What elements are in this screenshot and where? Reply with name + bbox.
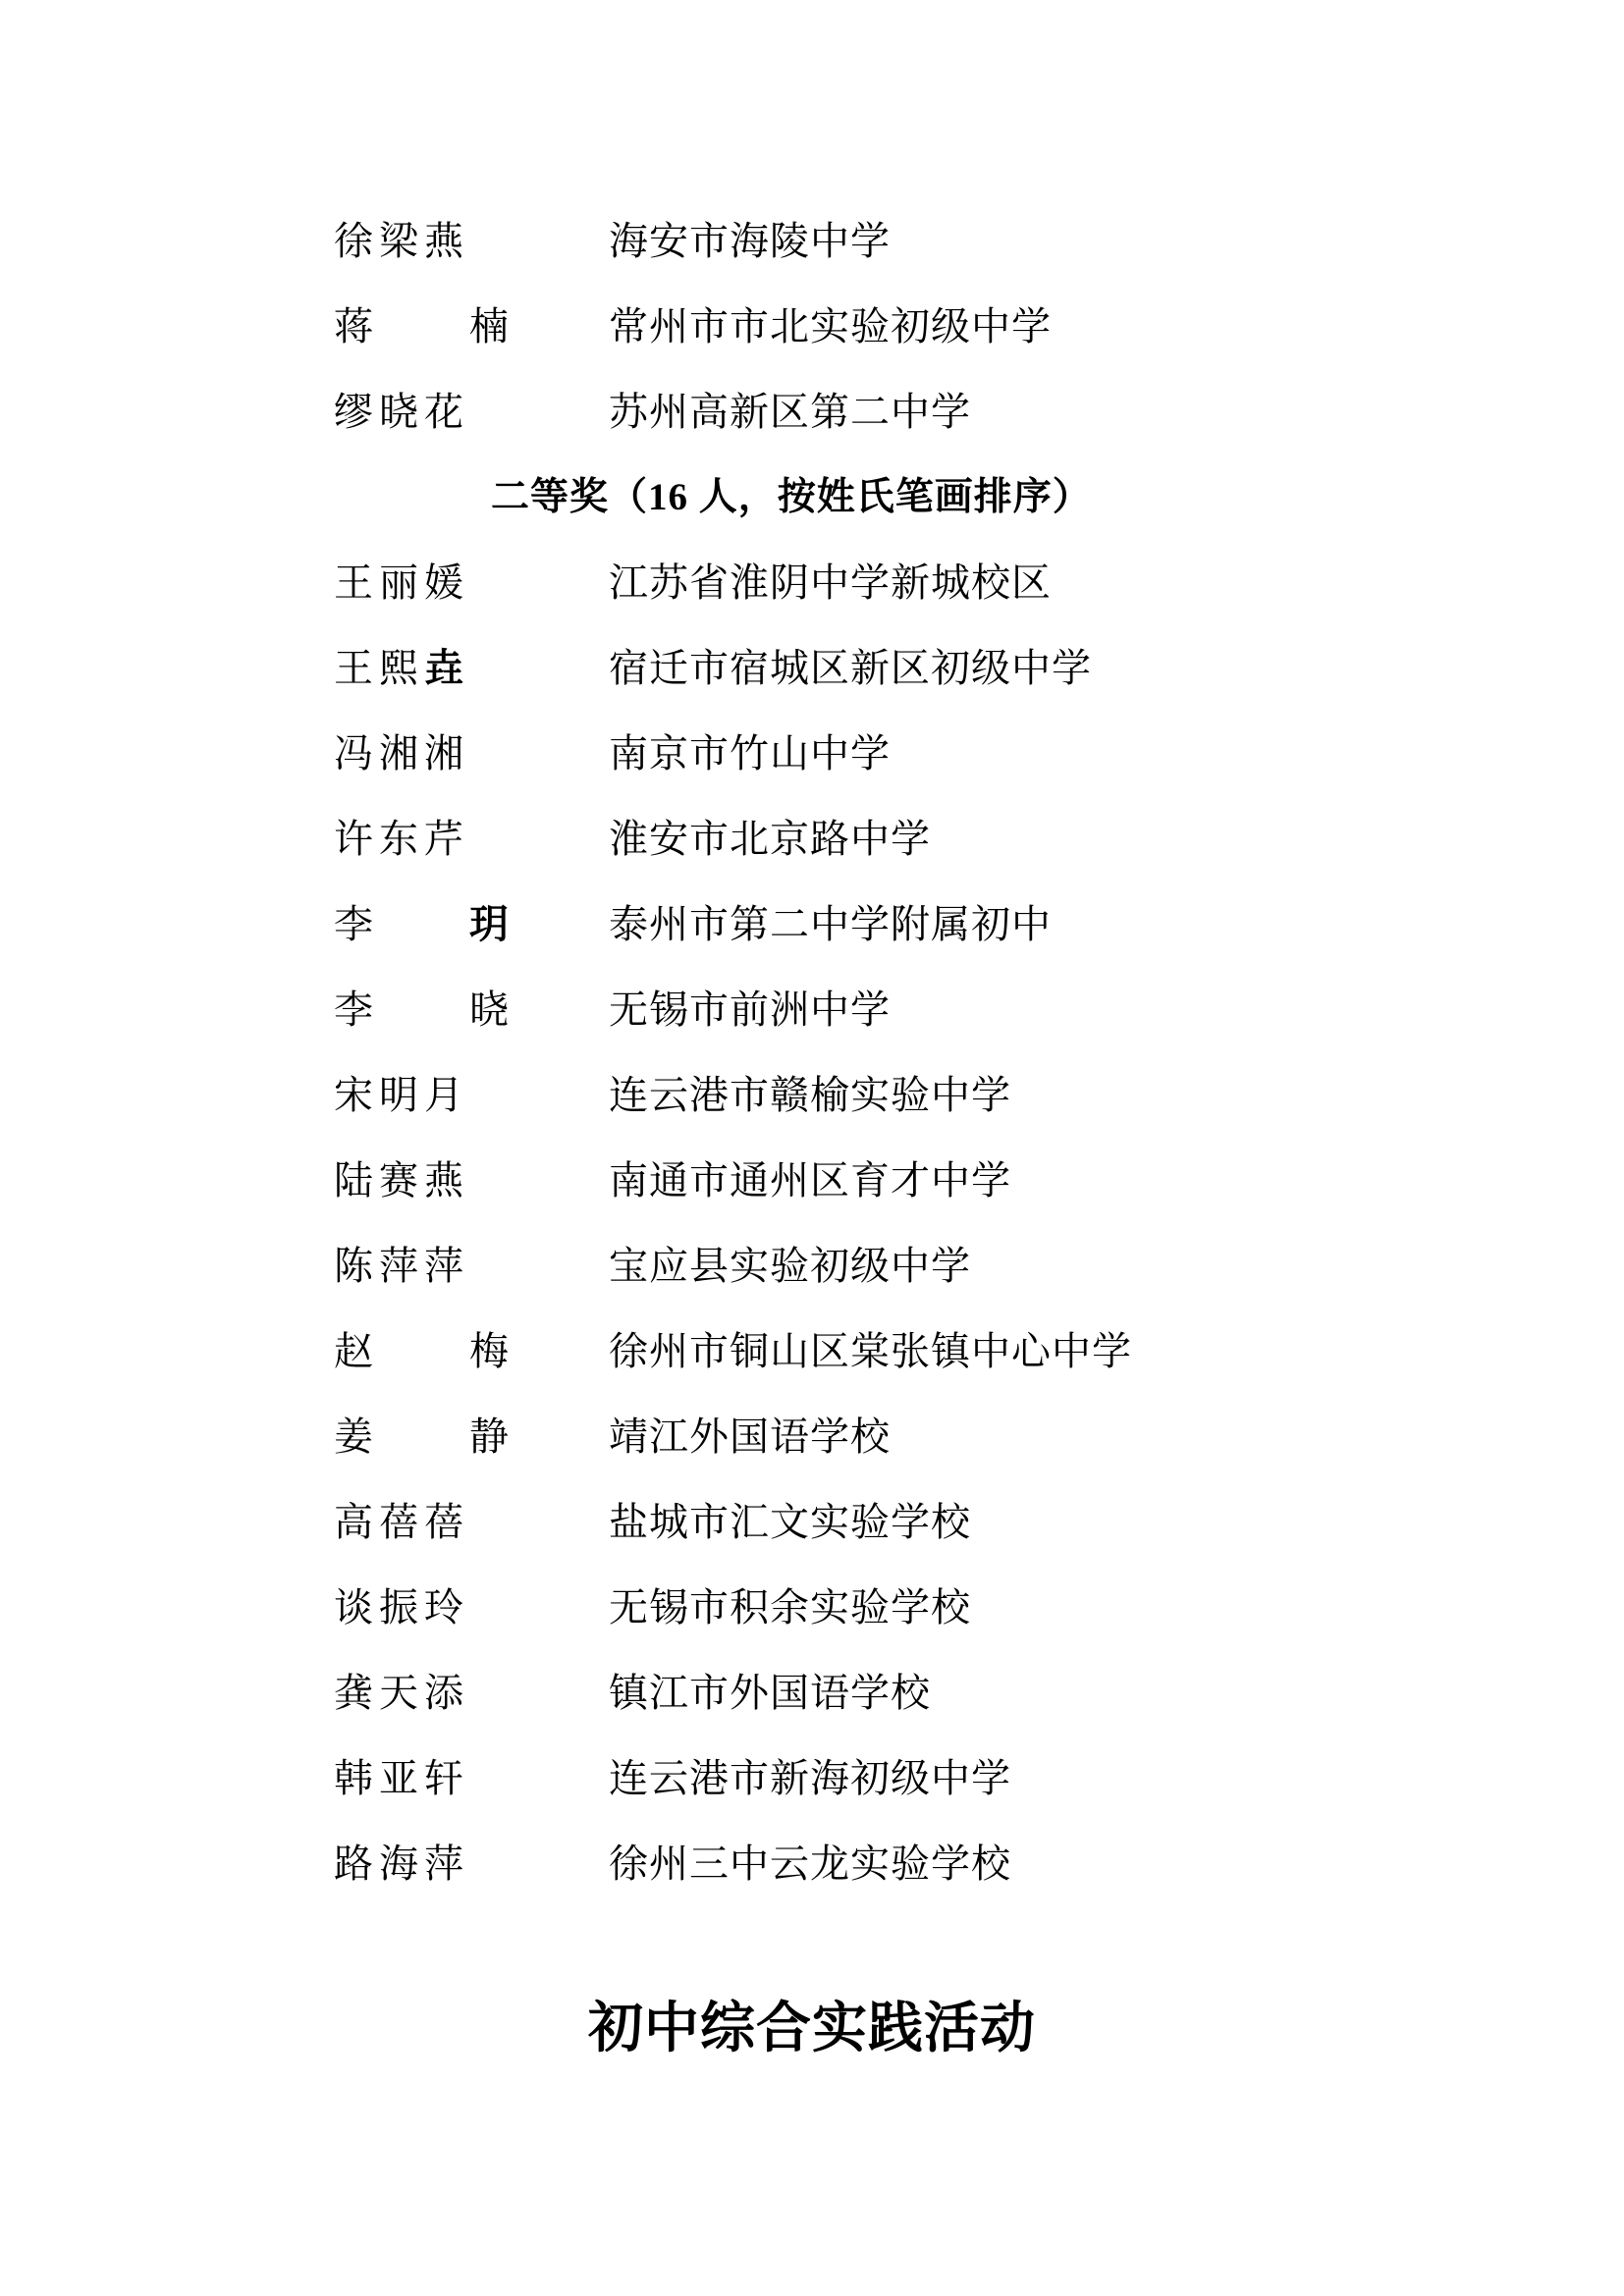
awardee-name: 姜 静	[334, 1417, 609, 1457]
school-name: 江苏省淮阴中学新城校区	[609, 563, 1624, 603]
awardee-name: 许东芹	[334, 820, 609, 859]
school-name: 南通市通州区育才中学	[609, 1161, 1624, 1201]
award-row: 龚天添镇江市外国语学校	[0, 1650, 1624, 1735]
school-name: 徐州三中云龙实验学校	[609, 1844, 1624, 1884]
award-row: 姜 静靖江外国语学校	[0, 1394, 1624, 1479]
school-name: 连云港市赣榆实验中学	[609, 1076, 1624, 1115]
award-row: 王熙垚宿迁市宿城区新区初级中学	[0, 625, 1624, 711]
school-name: 宿迁市宿城区新区初级中学	[609, 649, 1624, 688]
first-prize-continued-list: 徐梁燕海安市海陵中学蒋 楠常州市市北实验初级中学缪晓花苏州高新区第二中学	[0, 198, 1624, 454]
school-name: 淮安市北京路中学	[609, 820, 1624, 859]
award-row: 缪晓花苏州高新区第二中学	[0, 369, 1624, 454]
awardee-name: 李 晓	[334, 990, 609, 1030]
award-row: 李 晓无锡市前洲中学	[0, 967, 1624, 1052]
awardee-name: 徐梁燕	[334, 222, 609, 261]
awardee-name: 宋明月	[334, 1076, 609, 1115]
school-name: 宝应县实验初级中学	[609, 1247, 1624, 1286]
school-name: 泰州市第二中学附属初中	[609, 905, 1624, 944]
second-prize-heading: 二等奖（16 人，按姓氏笔画排序）	[0, 454, 1624, 540]
award-row: 路海萍徐州三中云龙实验学校	[0, 1821, 1624, 1906]
awardee-name: 龚天添	[334, 1674, 609, 1713]
award-row: 陈萍萍宝应县实验初级中学	[0, 1223, 1624, 1308]
awardee-name: 李 玥	[334, 905, 609, 944]
award-row: 陆赛燕南通市通州区育才中学	[0, 1138, 1624, 1223]
school-name: 徐州市铜山区棠张镇中心中学	[609, 1332, 1624, 1371]
award-row: 冯湘湘南京市竹山中学	[0, 711, 1624, 796]
second-prize-list: 王丽媛江苏省淮阴中学新城校区王熙垚宿迁市宿城区新区初级中学冯湘湘南京市竹山中学许…	[0, 540, 1624, 1906]
award-row: 赵 梅徐州市铜山区棠张镇中心中学	[0, 1308, 1624, 1394]
section-title: 初中综合实践活动	[0, 1997, 1624, 2059]
awardee-name: 赵 梅	[334, 1332, 609, 1371]
school-name: 无锡市积余实验学校	[609, 1588, 1624, 1628]
school-name: 镇江市外国语学校	[609, 1674, 1624, 1713]
school-name: 盐城市汇文实验学校	[609, 1503, 1624, 1542]
awardee-name: 谈振玲	[334, 1588, 609, 1628]
awardee-name: 蒋 楠	[334, 307, 609, 347]
school-name: 常州市市北实验初级中学	[609, 307, 1624, 347]
school-name: 连云港市新海初级中学	[609, 1759, 1624, 1798]
document-page: 徐梁燕海安市海陵中学蒋 楠常州市市北实验初级中学缪晓花苏州高新区第二中学 二等奖…	[0, 0, 1624, 2296]
award-row: 徐梁燕海安市海陵中学	[0, 198, 1624, 284]
awardee-name: 陆赛燕	[334, 1161, 609, 1201]
awardee-name: 王丽媛	[334, 563, 609, 603]
awardee-name: 缪晓花	[334, 393, 609, 432]
award-row: 王丽媛江苏省淮阴中学新城校区	[0, 540, 1624, 625]
awardee-name: 路海萍	[334, 1844, 609, 1884]
award-row: 许东芹淮安市北京路中学	[0, 796, 1624, 881]
award-row: 蒋 楠常州市市北实验初级中学	[0, 284, 1624, 369]
school-name: 苏州高新区第二中学	[609, 393, 1624, 432]
award-list-content: 徐梁燕海安市海陵中学蒋 楠常州市市北实验初级中学缪晓花苏州高新区第二中学 二等奖…	[0, 0, 1624, 2059]
award-row: 谈振玲无锡市积余实验学校	[0, 1565, 1624, 1650]
award-row: 宋明月连云港市赣榆实验中学	[0, 1052, 1624, 1138]
school-name: 无锡市前洲中学	[609, 990, 1624, 1030]
awardee-name: 冯湘湘	[334, 734, 609, 774]
awardee-name: 高蓓蓓	[334, 1503, 609, 1542]
awardee-name: 王熙垚	[334, 649, 609, 688]
fallback-glyph: 玥	[469, 903, 514, 946]
award-row: 李 玥泰州市第二中学附属初中	[0, 881, 1624, 967]
award-row: 韩亚轩连云港市新海初级中学	[0, 1735, 1624, 1821]
awardee-name: 韩亚轩	[334, 1759, 609, 1798]
fallback-glyph: 垚	[424, 647, 469, 690]
award-row: 高蓓蓓盐城市汇文实验学校	[0, 1479, 1624, 1565]
school-name: 靖江外国语学校	[609, 1417, 1624, 1457]
awardee-name: 陈萍萍	[334, 1247, 609, 1286]
school-name: 南京市竹山中学	[609, 734, 1624, 774]
school-name: 海安市海陵中学	[609, 222, 1624, 261]
